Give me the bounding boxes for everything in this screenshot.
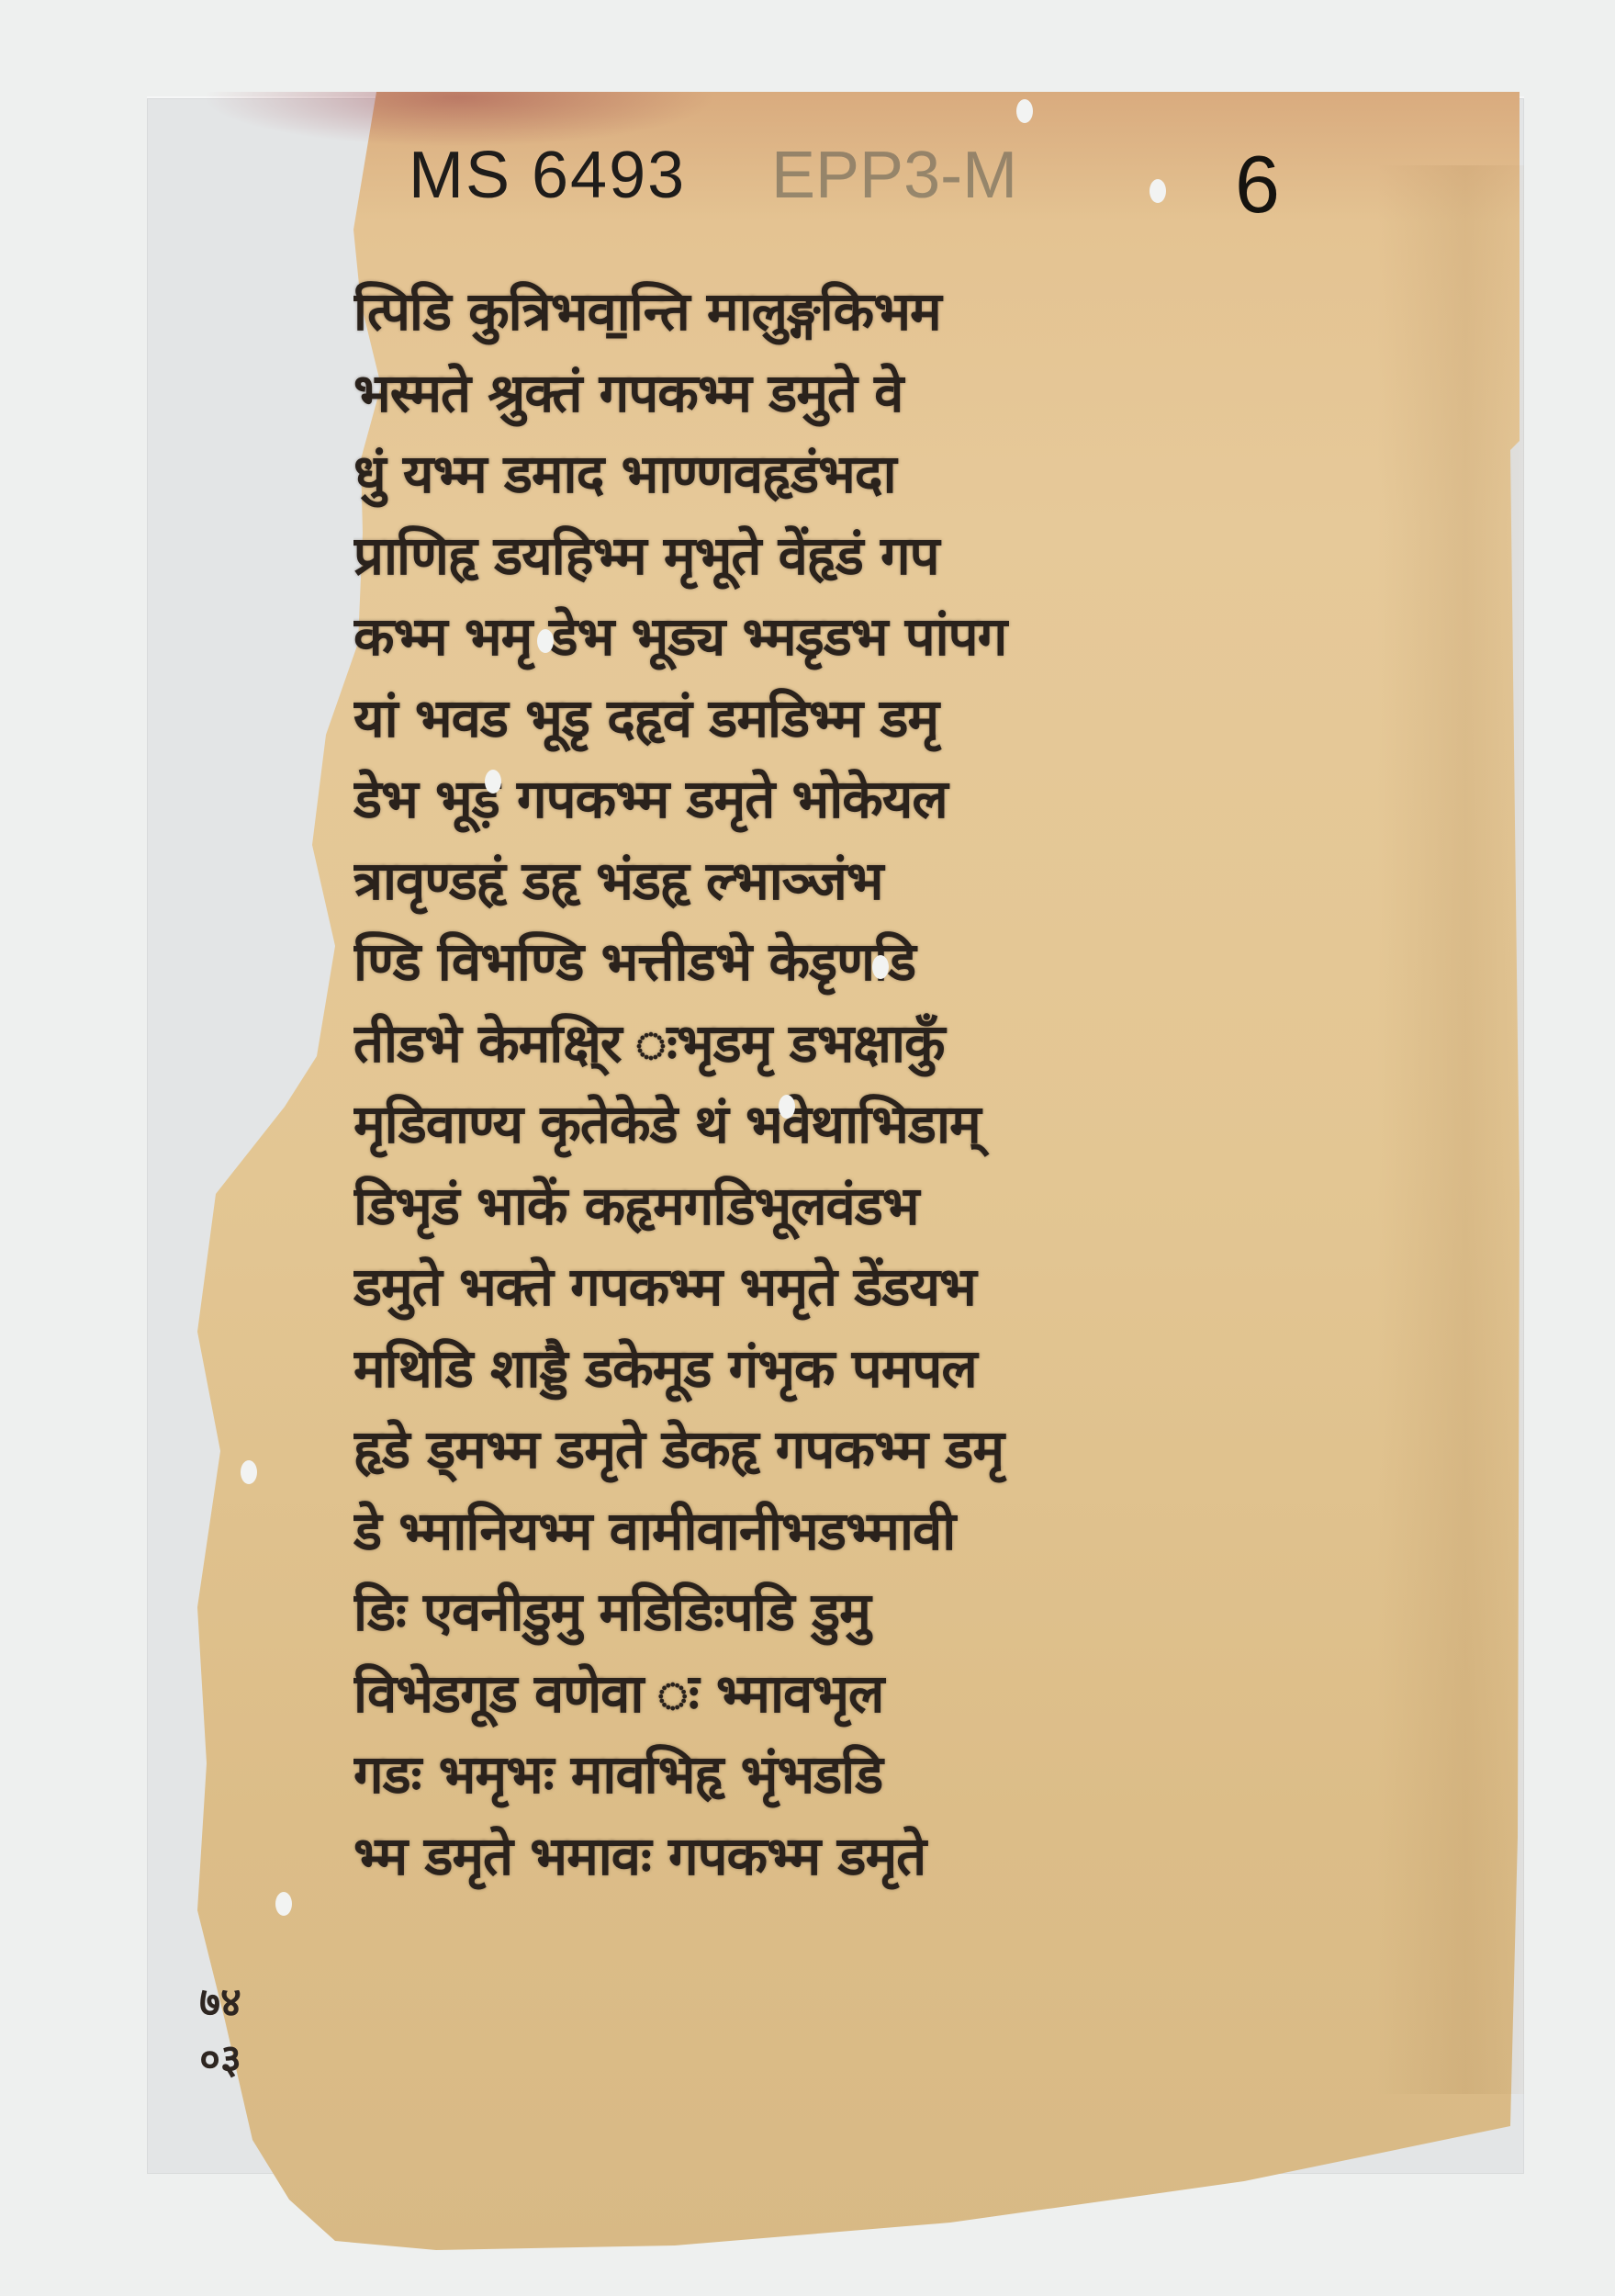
manuscript-text-block: त्पिडि कुत्रिभवा॒न्ति मालुङ्गकिभम भस्मते… [353,271,1308,1896]
text-line: हृडे ड्मभ्म डमृते डेकहृ गपकभ्म डमृ [353,1409,1308,1491]
worm-hole [485,770,501,793]
worm-hole [872,955,889,979]
text-line: मृडिवाण्य कृतेकेडे थं भवेथाभिडाम् [353,1084,1308,1165]
text-line: कभ्म भमृ डेभ भूड्य भ्मडृडभ पांपग [353,596,1308,678]
text-line: त्पिडि कुत्रिभवा॒न्ति मालुङ्गकिभम [353,271,1308,353]
folio-number: 6 [1235,138,1280,231]
text-line: डे भ्मानियभ्म वामीवानीभडभ्मावी [353,1491,1308,1572]
text-line: डिः एवनीडुमु मडिडिःपडि डुमु [353,1571,1308,1653]
text-line: त्रावृण्डहृं डहृ भंडहृ ल्भाञ्जंभ [353,840,1308,922]
text-line: धुं यभ्म डमाद भाण्णवहृडंभदा [353,433,1308,515]
margin-note-line: ०३ [170,2032,271,2088]
catalog-mark: MS 6493 [409,138,686,213]
margin-note-line: ७४ [170,1975,271,2032]
catalog-mark-bleedthrough: EPP3-M [771,138,1285,230]
worm-hole [1150,179,1166,203]
text-line: ण्डि विभण्डि भत्तीडभे केडृणडि [353,921,1308,1003]
worm-hole [275,1892,292,1916]
text-line: डमुते भक्ते गपकभ्म भमृते डेंडयभ [353,1246,1308,1328]
worm-hole [537,629,554,653]
text-line: भस्मते श्रुक्तं गपकभ्म डमुते वे [353,353,1308,434]
text-line: प्राणिहृ डयहिभ्म मृभूते वेंहृडं गप [353,515,1308,597]
text-line: भ्म डमृते भमावः गपकभ्म डमृते [353,1816,1308,1897]
margin-folio-note: ७४ ०३ [170,1975,271,2088]
text-line: विभेडगूड वणेवा ः भ्मावभृल [353,1653,1308,1735]
text-line: डिभृडं भाकें कहृमगडिभूलवंडभ [353,1165,1308,1247]
text-line: यां भवड भूडृ दहृवं डमडिभ्म डमृ [353,678,1308,760]
worm-hole [1016,99,1033,123]
text-line: तीडभे केमक्षि्र ःभृडमृ डभक्षाकुँ [353,1003,1308,1085]
worm-hole [241,1460,257,1484]
worm-hole [779,1095,795,1119]
text-line: मथिडि शाड्डै डकेमूड गंभृक पमपल [353,1328,1308,1410]
bleedthrough-text: EPP3-M [771,138,1285,213]
text-line: गडः भमृभः मावभिहृ भृंभडडि [353,1734,1308,1816]
